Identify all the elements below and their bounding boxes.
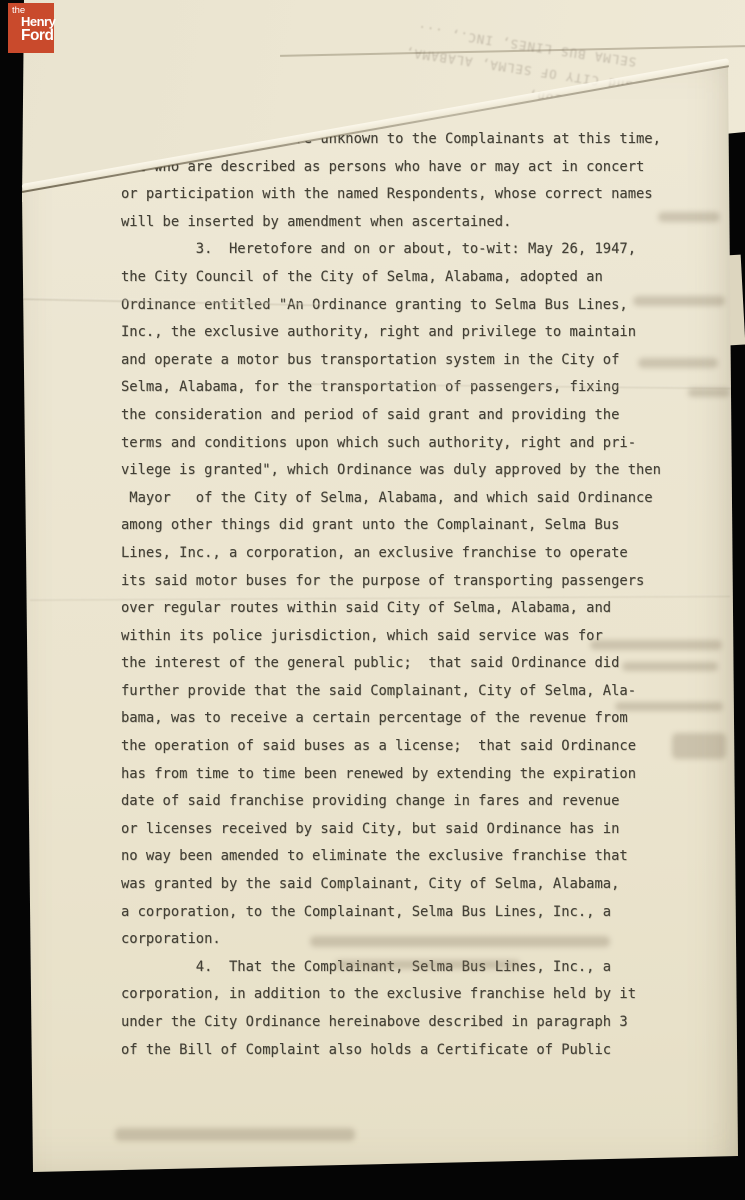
bleed-through-smudge <box>335 960 520 969</box>
typewritten-line: Mayor of the City of Selma, Alabama, and… <box>121 485 731 513</box>
typewritten-line: among other things did grant unto the Co… <box>121 512 731 540</box>
bleed-through-smudge <box>615 702 723 711</box>
bleed-through-smudge <box>590 640 722 650</box>
typewritten-line: was granted by the said Complainant, Cit… <box>121 871 731 899</box>
typewritten-line: has from time to time been renewed by ex… <box>121 761 731 789</box>
typewritten-line: the City Council of the City of Selma, A… <box>121 264 731 292</box>
typewritten-line: 3. Heretofore and on or about, to-wit: M… <box>121 236 731 264</box>
bleed-through-smudge <box>658 212 720 222</box>
typewritten-line: no way been amended to eliminate the exc… <box>121 843 731 871</box>
typewritten-line: vilege is granted", which Ordinance was … <box>121 457 731 485</box>
bleed-through-smudge <box>638 358 718 368</box>
bleed-through-smudge <box>622 662 718 671</box>
typewritten-line: or licenses received by said City, but s… <box>121 816 731 844</box>
typewritten-line: will be inserted by amendment when ascer… <box>121 209 731 237</box>
typewritten-line: of the Bill of Complaint also holds a Ce… <box>121 1037 731 1065</box>
logo-ford: Ford <box>21 27 53 45</box>
bleed-through-smudge <box>310 936 610 947</box>
bleed-through-smudge <box>115 1128 355 1141</box>
typewritten-line: the consideration and period of said gra… <box>121 402 731 430</box>
typewritten-line: Inc., the exclusive authority, right and… <box>121 319 731 347</box>
typewritten-line: under the City Ordinance hereinabove des… <box>121 1009 731 1037</box>
typewritten-line: or participation with the named Responde… <box>121 181 731 209</box>
typewritten-line: the operation of said buses as a license… <box>121 733 731 761</box>
typewritten-line: its said motor buses for the purpose of … <box>121 568 731 596</box>
typewritten-line: Lines, Inc., a corporation, an exclusive… <box>121 540 731 568</box>
henry-ford-logo: the Henry Ford <box>8 3 54 53</box>
typewritten-line: terms and conditions upon which such aut… <box>121 430 731 458</box>
bleed-through-smudge <box>672 733 726 759</box>
bleed-through-smudge <box>688 388 730 397</box>
typewritten-line: date of said franchise providing change … <box>121 788 731 816</box>
typewritten-line: a corporation, to the Complainant, Selma… <box>121 899 731 927</box>
scan-photo: Corporation, and CITY OF SELMA, ALABAMA,… <box>0 0 745 1200</box>
typewritten-line: corporation, in addition to the exclusiv… <box>121 981 731 1009</box>
document-page: - 2 - whose correct names are unknown to… <box>0 0 745 1200</box>
bleed-through-smudge <box>633 296 725 306</box>
